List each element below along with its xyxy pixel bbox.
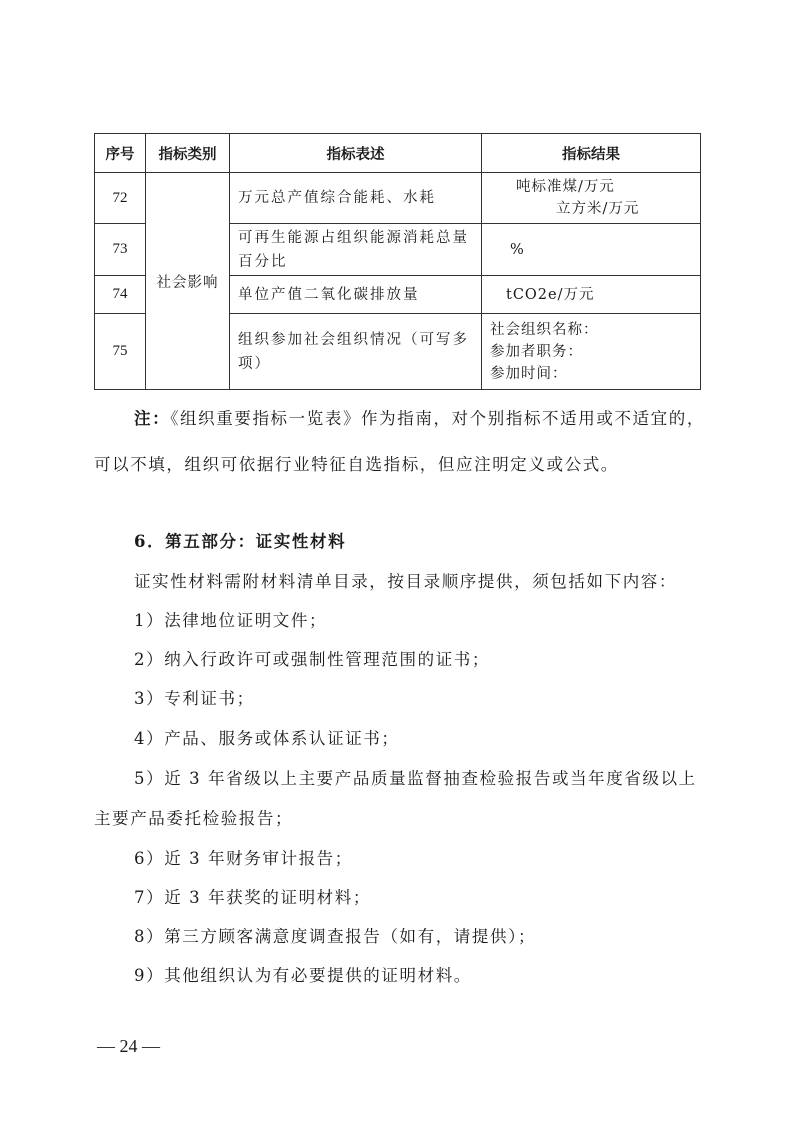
list-item: 6）近 3 年财务审计报告；: [134, 845, 353, 869]
row-description: 万元总产值综合能耗、水耗: [230, 173, 482, 224]
category-cell: 社会影响: [146, 173, 230, 390]
row-description: 可再生能源占组织能源消耗总量百分比: [230, 224, 482, 276]
row-number: 75: [95, 314, 146, 390]
row-description: 组织参加社会组织情况（可写多项）: [230, 314, 482, 390]
document-page: 序号 指标类别 指标表述 指标结果 72 社会影响 万元总产值综合能耗、水耗 吨…: [0, 0, 793, 1122]
row-result: 吨标准煤/万元 立方米/万元: [482, 173, 701, 224]
list-item-continuation: 主要产品委托检验报告；: [94, 805, 293, 829]
list-item: 5）近 3 年省级以上主要产品质量监督抽查检验报告或当年度省级以上: [134, 765, 697, 789]
row-number: 73: [95, 224, 146, 276]
table-row: 72 社会影响 万元总产值综合能耗、水耗 吨标准煤/万元 立方米/万元: [95, 173, 701, 224]
section-title: 6．第五部分：证实性材料: [134, 528, 346, 552]
list-item: 1）法律地位证明文件；: [134, 607, 327, 631]
note-text-1: 《组织重要指标一览表》作为指南，对个别指标不适用或不适宜的，: [170, 409, 705, 428]
list-item: 9）其他组织认为有必要提供的证明材料。: [134, 962, 472, 986]
page-number: — 24 —: [97, 1036, 160, 1057]
header-description: 指标表述: [230, 134, 482, 173]
row-result: 社会组织名称： 参加者职务： 参加时间：: [482, 314, 701, 390]
row-description: 单位产值二氧化碳排放量: [230, 276, 482, 314]
table-header-row: 序号 指标类别 指标表述 指标结果: [95, 134, 701, 173]
row-number: 72: [95, 173, 146, 224]
list-item: 4）产品、服务或体系认证证书；: [134, 725, 400, 749]
list-item: 8）第三方顾客满意度调查报告（如有，请提供）；: [134, 923, 536, 947]
result-org-name: 社会组织名称：: [490, 319, 692, 341]
list-item: 3）专利证书；: [134, 685, 255, 709]
header-result: 指标结果: [482, 134, 701, 173]
indicator-table: 序号 指标类别 指标表述 指标结果 72 社会影响 万元总产值综合能耗、水耗 吨…: [94, 133, 701, 390]
list-item: 7）近 3 年获奖的证明材料；: [134, 884, 371, 908]
result-position: 参加者职务：: [490, 341, 692, 363]
result-unit-coal: 吨标准煤/万元: [490, 176, 692, 198]
header-category: 指标类别: [146, 134, 230, 173]
section-intro: 证实性材料需附材料清单目录，按目录顺序提供，须包括如下内容：: [134, 568, 677, 592]
row-result: %: [482, 224, 701, 276]
list-item: 2）纳入行政许可或强制性管理范围的证书；: [134, 646, 490, 670]
header-serial: 序号: [95, 134, 146, 173]
note-label: 注：: [134, 409, 170, 428]
row-result: tCO2e/万元: [482, 276, 701, 314]
result-unit-water: 立方米/万元: [490, 198, 692, 220]
note-line-2: 可以不填，组织可依据行业特征自选指标，但应注明定义或公式。: [94, 451, 619, 475]
row-number: 74: [95, 276, 146, 314]
note-line-1: 注：《组织重要指标一览表》作为指南，对个别指标不适用或不适宜的，: [134, 405, 705, 429]
result-time: 参加时间：: [490, 363, 692, 385]
